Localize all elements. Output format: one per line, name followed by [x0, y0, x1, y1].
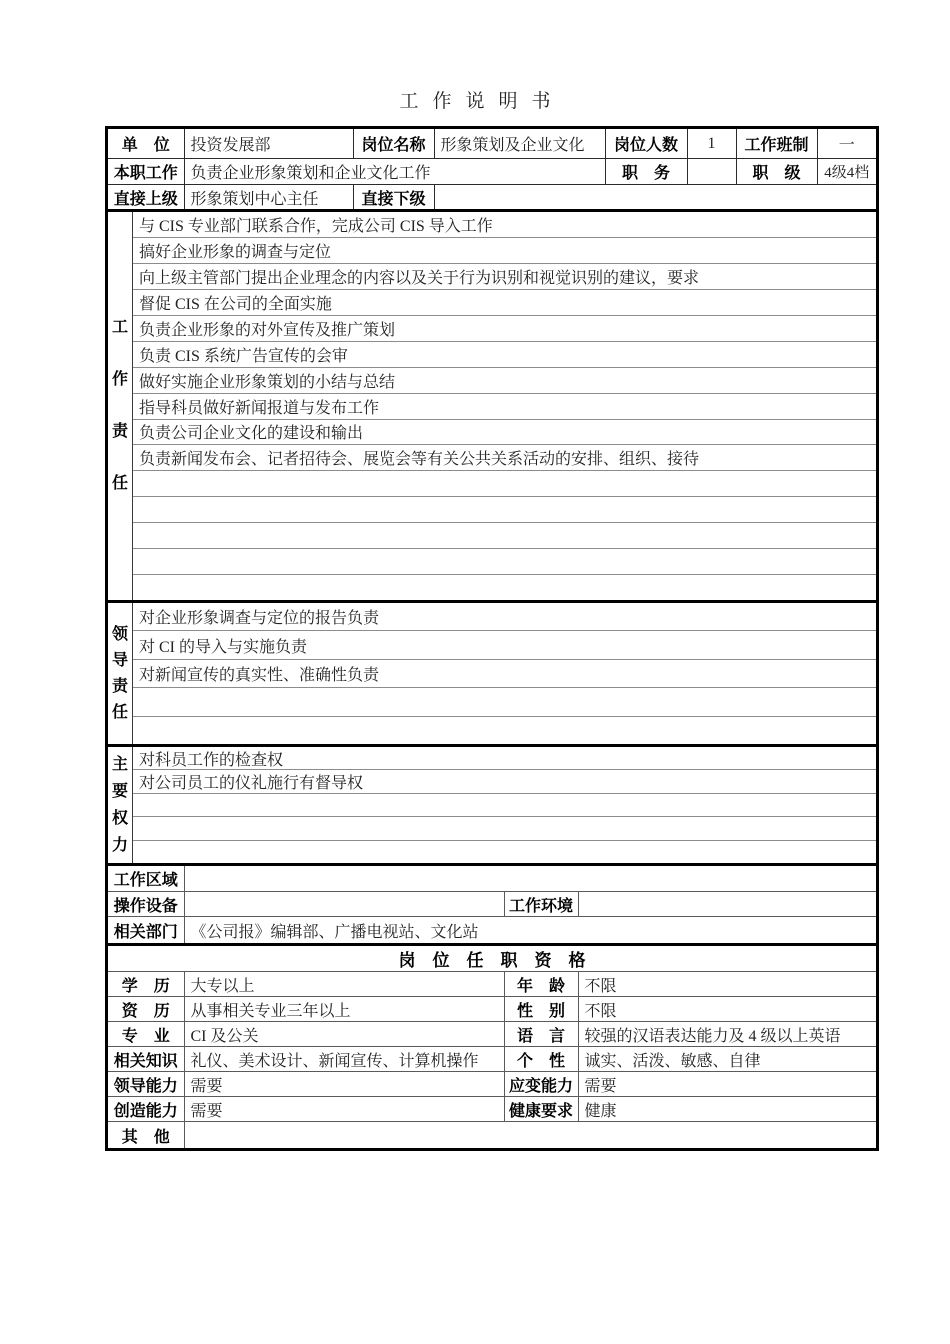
work-duty-item: [133, 470, 876, 496]
header-table: 单 位 投资发展部 岗位名称 形象策划及企业文化 岗位人数 1 工作班制 一 本…: [108, 129, 876, 209]
experience-label: 资 历: [108, 997, 184, 1022]
rank-value: 4级4档: [817, 159, 876, 185]
table-row: 相关部门 《公司报》编辑部、广播电视站、文化站: [108, 917, 876, 944]
shift-label: 工作班制: [736, 129, 817, 159]
language-label: 语 言: [504, 1022, 578, 1047]
work-duty-item: 搞好企业形象的调查与定位: [133, 237, 876, 263]
knowledge-label: 相关知识: [108, 1047, 184, 1072]
other-label: 其 他: [108, 1122, 184, 1149]
work-duty-item: 负责 CIS 系统广告宣传的会审: [133, 341, 876, 367]
unit-label: 单 位: [108, 129, 184, 159]
environment-value: [578, 892, 876, 917]
powers-item: 对科员工作的检查权: [133, 747, 876, 769]
work-duty-item: [133, 496, 876, 522]
health-label: 健康要求: [504, 1097, 578, 1122]
lead-duty-item: 对 CI 的导入与实施负责: [133, 630, 876, 658]
table-row: 相关知识 礼仪、美术设计、新闻宣传、计算机操作 个 性 诚实、活泼、敏感、自律: [108, 1047, 876, 1072]
powers-section-label: 主要权力: [111, 751, 129, 859]
powers-list: 对科员工作的检查权 对公司员工的仪礼施行有督导权: [133, 747, 876, 863]
job-description-sheet: 工作说明书 单 位 投资发展部 岗位名称 形象策划及企业文化 岗位人数 1 工作…: [0, 0, 950, 1344]
departments-label: 相关部门: [108, 917, 184, 944]
language-value: 较强的汉语表达能力及 4 级以上英语: [578, 1022, 876, 1047]
lead-duty-section-label: 领导责任: [111, 622, 129, 726]
table-row: 单 位 投资发展部 岗位名称 形象策划及企业文化 岗位人数 1 工作班制 一: [108, 129, 876, 159]
work-duty-item: 与 CIS 专业部门联系合作，完成公司 CIS 导入工作: [133, 212, 876, 237]
other-value: [184, 1122, 876, 1149]
major-label: 专 业: [108, 1022, 184, 1047]
lead-duty-item: [133, 687, 876, 715]
table-row: 专 业 CI 及公关 语 言 较强的汉语表达能力及 4 级以上英语: [108, 1022, 876, 1047]
adaptability-value: 需要: [578, 1072, 876, 1097]
qualification-section: 岗 位 任 职 资 格 学 历 大专以上 年 龄 不限 资 历 从事相关专业三年…: [108, 943, 876, 1148]
table-row: 岗 位 任 职 资 格: [108, 946, 876, 972]
creativity-label: 创造能力: [108, 1097, 184, 1122]
table-row: 操作设备 工作环境: [108, 892, 876, 917]
lead-duty-section-label-cell: 领导责任: [108, 603, 133, 744]
gender-value: 不限: [578, 997, 876, 1022]
education-value: 大专以上: [184, 972, 504, 997]
superior-value: 形象策划中心主任: [184, 185, 353, 210]
post-name-value: 形象策划及企业文化: [434, 129, 605, 159]
work-duty-item: 做好实施企业形象策划的小结与总结: [133, 367, 876, 393]
personality-label: 个 性: [504, 1047, 578, 1072]
work-duty-item: [133, 548, 876, 574]
rank-label: 职 级: [736, 159, 817, 185]
lead-duty-list: 对企业形象调查与定位的报告负责 对 CI 的导入与实施负责 对新闻宣传的真实性、…: [133, 603, 876, 744]
work-duty-list: 与 CIS 专业部门联系合作，完成公司 CIS 导入工作 搞好企业形象的调查与定…: [133, 212, 876, 600]
departments-value: 《公司报》编辑部、广播电视站、文化站: [184, 917, 876, 944]
table-row: 领导能力 需要 应变能力 需要: [108, 1072, 876, 1097]
work-duty-item: 指导科员做好新闻报道与发布工作: [133, 393, 876, 419]
health-value: 健康: [578, 1097, 876, 1122]
table-row: 直接上级 形象策划中心主任 直接下级: [108, 185, 876, 210]
age-value: 不限: [578, 972, 876, 997]
lead-duty-item: [133, 716, 876, 744]
header-section: 单 位 投资发展部 岗位名称 形象策划及企业文化 岗位人数 1 工作班制 一 本…: [108, 129, 876, 209]
age-label: 年 龄: [504, 972, 578, 997]
powers-item: [133, 793, 876, 816]
major-value: CI 及公关: [184, 1022, 504, 1047]
unit-value: 投资发展部: [184, 129, 353, 159]
powers-section-label-cell: 主要权力: [108, 747, 133, 863]
work-duty-item: [133, 522, 876, 548]
info-table: 工作区域 操作设备 工作环境 相关部门 《公司报》编辑部、广播电视站、文化站: [108, 866, 876, 943]
leadership-label: 领导能力: [108, 1072, 184, 1097]
job-desc-label: 本职工作: [108, 159, 184, 185]
table-row: 工作区域: [108, 866, 876, 892]
personality-value: 诚实、活泼、敏感、自律: [578, 1047, 876, 1072]
table-row: 创造能力 需要 健康要求 健康: [108, 1097, 876, 1122]
gender-label: 性 别: [504, 997, 578, 1022]
work-duty-item: [133, 574, 876, 600]
work-duty-item: 督促 CIS 在公司的全面实施: [133, 289, 876, 315]
adaptability-label: 应变能力: [504, 1072, 578, 1097]
headcount-value: 1: [687, 129, 736, 159]
page-title: 工作说明书: [0, 86, 950, 113]
work-duty-section-label: 工作责任: [111, 302, 129, 510]
qualification-table: 岗 位 任 职 资 格 学 历 大专以上 年 龄 不限 资 历 从事相关专业三年…: [108, 946, 876, 1148]
duty-title-value: [687, 159, 736, 185]
subordinate-label: 直接下级: [353, 185, 434, 210]
work-duty-section-label-cell: 工作责任: [108, 212, 133, 600]
work-duty-item: 负责企业形象的对外宣传及推广策划: [133, 315, 876, 341]
leadership-value: 需要: [184, 1072, 504, 1097]
equipment-label: 操作设备: [108, 892, 184, 917]
creativity-value: 需要: [184, 1097, 504, 1122]
headcount-label: 岗位人数: [605, 129, 687, 159]
superior-label: 直接上级: [108, 185, 184, 210]
duty-title-label: 职 务: [605, 159, 687, 185]
lead-duty-section: 领导责任 对企业形象调查与定位的报告负责 对 CI 的导入与实施负责 对新闻宣传…: [108, 600, 876, 744]
work-area-label: 工作区域: [108, 866, 184, 892]
powers-item: [133, 840, 876, 863]
table-row: 资 历 从事相关专业三年以上 性 别 不限: [108, 997, 876, 1022]
education-label: 学 历: [108, 972, 184, 997]
post-name-label: 岗位名称: [353, 129, 434, 159]
info-section: 工作区域 操作设备 工作环境 相关部门 《公司报》编辑部、广播电视站、文化站: [108, 863, 876, 943]
table-row: 本职工作 负责企业形象策划和企业文化工作 职 务 职 级 4级4档: [108, 159, 876, 185]
knowledge-value: 礼仪、美术设计、新闻宣传、计算机操作: [184, 1047, 504, 1072]
table-row: 其 他: [108, 1122, 876, 1149]
job-desc-value: 负责企业形象策划和企业文化工作: [184, 159, 605, 185]
work-area-value: [184, 866, 876, 892]
lead-duty-item: 对新闻宣传的真实性、准确性负责: [133, 659, 876, 687]
powers-item: [133, 816, 876, 839]
work-duty-item: 负责公司企业文化的建设和输出: [133, 419, 876, 445]
job-description-table: 单 位 投资发展部 岗位名称 形象策划及企业文化 岗位人数 1 工作班制 一 本…: [105, 126, 879, 1151]
powers-section: 主要权力 对科员工作的检查权 对公司员工的仪礼施行有督导权: [108, 744, 876, 863]
equipment-value: [184, 892, 504, 917]
work-duty-section: 工作责任 与 CIS 专业部门联系合作，完成公司 CIS 导入工作 搞好企业形象…: [108, 209, 876, 600]
work-duty-item: 向上级主管部门提出企业理念的内容以及关于行为识别和视觉识别的建议，要求: [133, 263, 876, 289]
lead-duty-item: 对企业形象调查与定位的报告负责: [133, 603, 876, 630]
shift-value: 一: [817, 129, 876, 159]
environment-label: 工作环境: [504, 892, 578, 917]
subordinate-value: [434, 185, 876, 210]
table-row: 学 历 大专以上 年 龄 不限: [108, 972, 876, 997]
qualification-title: 岗 位 任 职 资 格: [108, 946, 876, 972]
powers-item: 对公司员工的仪礼施行有督导权: [133, 769, 876, 792]
experience-value: 从事相关专业三年以上: [184, 997, 504, 1022]
work-duty-item: 负责新闻发布会、记者招待会、展览会等有关公共关系活动的安排、组织、接待: [133, 444, 876, 470]
